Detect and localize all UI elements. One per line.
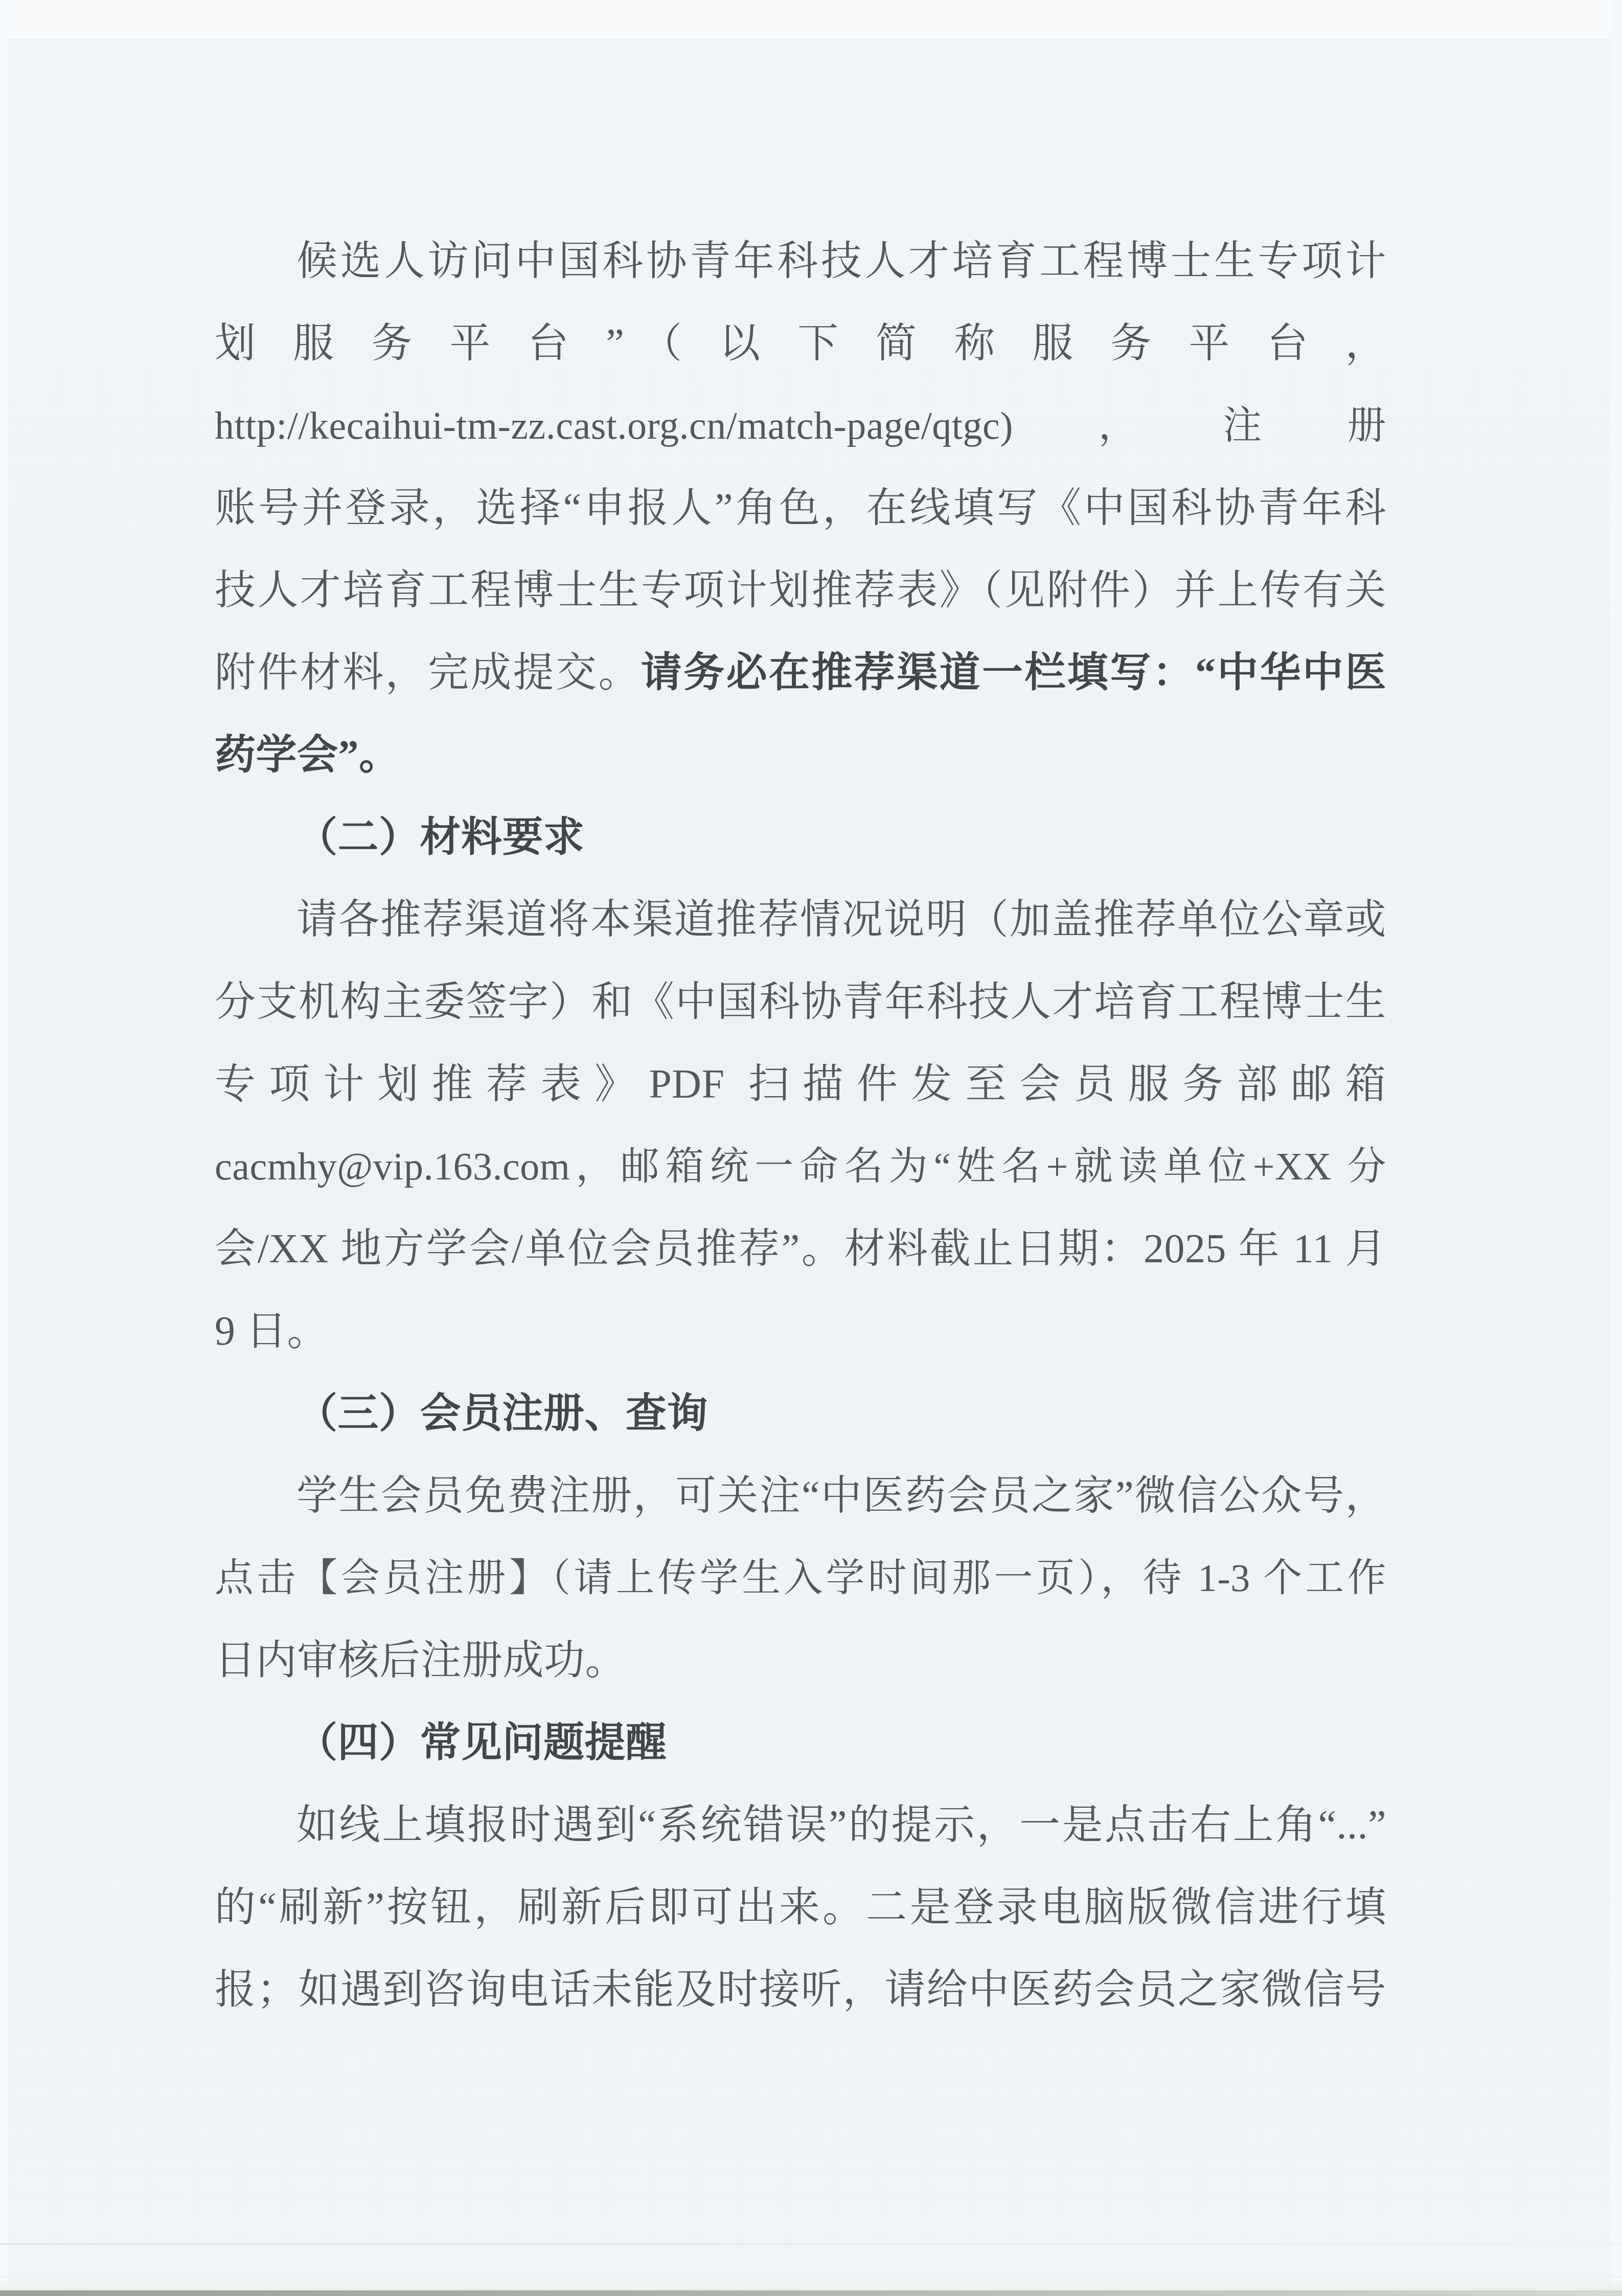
body-text: 的“刷新”按钮，刷新后即可出来。二是登录电脑版微信进行填 [215,1885,1386,1930]
body-text: 附件材料，完成提交。 [215,650,641,695]
heading-materials: （二）材料要求 [215,797,1386,879]
para-application-line-7: 药学会”。 [215,714,1386,797]
heading-text: （三）会员注册、查询 [296,1391,708,1436]
para-application-line-6: 附件材料，完成提交。请务必在推荐渠道一栏填写：“中华中医 [215,632,1386,714]
scan-artifact-faint-line [0,2243,1622,2245]
scan-artifact-bottom-edge [0,2290,1622,2296]
para-materials-line-1: 请各推荐渠道将本渠道推荐情况说明（加盖推荐单位公章或 [215,879,1386,961]
document-text-block: 候选人访问中国科协青年科技人才培育工程博士生专项计 划服务平台”（以下简称服务平… [215,220,1386,2031]
body-text: 技人才培育工程博士生专项计划推荐表》（见附件）并上传有关 [215,568,1386,613]
body-text: 账号并登录，选择“申报人”角色，在线填写《中国科协青年科 [215,486,1386,531]
para-materials-line-5: 会/XX 地方学会/单位会员推荐”。材料截止日期：2025 年 11 月 [215,1208,1386,1290]
heading-membership: （三）会员注册、查询 [215,1373,1386,1455]
deadline-text: 会/XX 地方学会/单位会员推荐”。材料截止日期：2025 年 11 月 [215,1226,1386,1271]
para-application-line-3-url: http://kecaihui-tm-zz.cast.org.cn/match-… [215,385,1386,467]
para-membership-line-1: 学生会员免费注册，可关注“中医药会员之家”微信公众号， [215,1455,1386,1537]
body-text: 报；如遇到咨询电话未能及时接听，请给中医药会员之家微信号 [215,1967,1386,2012]
contact-email-text: cacmhy@vip.163.com，邮箱统一命名为“姓名+就读单位+XX 分 [215,1145,1386,1188]
platform-url-text: http://kecaihui-tm-zz.cast.org.cn/match-… [215,404,1386,447]
para-application-line-1: 候选人访问中国科协青年科技人才培育工程博士生专项计 [215,220,1386,303]
para-faq-line-3: 报；如遇到咨询电话未能及时接听，请给中医药会员之家微信号 [215,1949,1386,2031]
body-text: 点击【会员注册】（请上传学生入学时间那一页），待 1-3 个工作 [215,1557,1386,1600]
heading-text: （二）材料要求 [296,815,585,860]
body-text: 如线上填报时遇到“系统错误”的提示，一是点击右上角“...” [296,1803,1386,1848]
scan-artifact-bottom-shadow [0,2277,1622,2290]
para-application-line-4: 账号并登录，选择“申报人”角色，在线填写《中国科协青年科 [215,467,1386,550]
emphasis-text: 请务必在推荐渠道一栏填写：“中华中医 [641,650,1386,695]
para-materials-line-2: 分支机构主委签字）和《中国科协青年科技人才培育工程博士生 [215,961,1386,1043]
body-text: 划服务平台”（以下简称服务平台， [215,321,1386,366]
body-text: 请各推荐渠道将本渠道推荐情况说明（加盖推荐单位公章或 [296,897,1386,942]
deadline-text: 9 日。 [215,1309,328,1354]
scan-artifact-top-strip [0,0,1622,39]
emphasis-text: 药学会”。 [215,733,400,778]
para-faq-line-2: 的“刷新”按钮，刷新后即可出来。二是登录电脑版微信进行填 [215,1867,1386,1949]
scan-artifact-left-edge [0,0,8,2296]
para-application-line-5: 技人才培育工程博士生专项计划推荐表》（见附件）并上传有关 [215,550,1386,632]
body-text: 日内审核后注册成功。 [215,1638,626,1683]
scanned-document-page: 候选人访问中国科协青年科技人才培育工程博士生专项计 划服务平台”（以下简称服务平… [0,0,1622,2296]
para-materials-line-3: 专项计划推荐表》PDF 扫描件发至会员服务部邮箱 [215,1043,1386,1126]
body-text: 候选人访问中国科协青年科技人才培育工程博士生专项计 [296,239,1386,284]
para-membership-line-2: 点击【会员注册】（请上传学生入学时间那一页），待 1-3 个工作 [215,1537,1386,1620]
body-text: 专项计划推荐表》PDF 扫描件发至会员服务部邮箱 [215,1062,1386,1107]
para-application-line-2: 划服务平台”（以下简称服务平台， [215,303,1386,385]
heading-faq: （四）常见问题提醒 [215,1702,1386,1784]
para-materials-line-4-email: cacmhy@vip.163.com，邮箱统一命名为“姓名+就读单位+XX 分 [215,1126,1386,1208]
body-text: 学生会员免费注册，可关注“中医药会员之家”微信公众号， [296,1473,1386,1518]
para-faq-line-1: 如线上填报时遇到“系统错误”的提示，一是点击右上角“...” [215,1784,1386,1867]
para-materials-line-6: 9 日。 [215,1290,1386,1373]
heading-text: （四）常见问题提醒 [296,1720,667,1765]
body-text: 分支机构主委签字）和《中国科协青年科技人才培育工程博士生 [215,980,1386,1025]
scan-artifact-right-edge [1611,0,1622,2296]
para-membership-line-3: 日内审核后注册成功。 [215,1620,1386,1702]
